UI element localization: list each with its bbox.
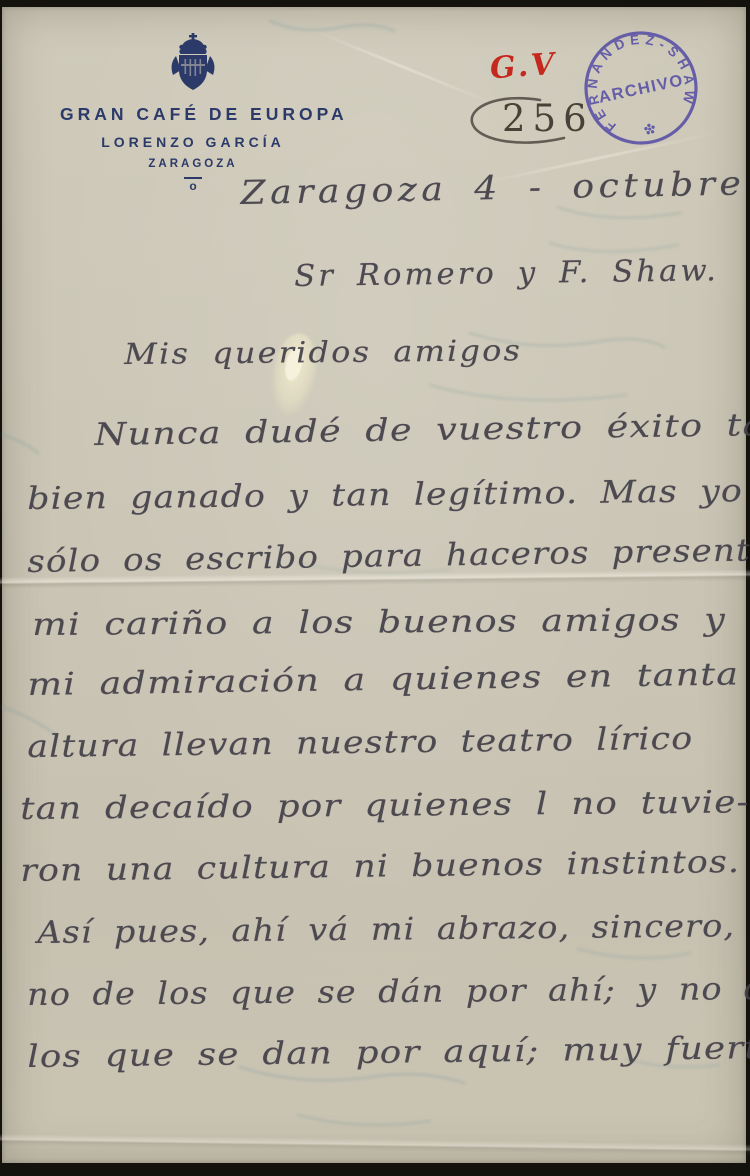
letter-paper: GRAN CAFÉ DE EUROPA LORENZO GARCÍA ZARAG… [2, 7, 746, 1163]
classification-mark-red: G.V [489, 47, 559, 87]
stamp-flower-icon [643, 123, 656, 135]
handwriting-line: no de los que se dán por ahí; y no de [27, 971, 750, 1013]
handwriting-addressee: Sr Romero y F. Shaw. [294, 253, 719, 294]
letterhead-business-name: GRAN CAFÉ DE EUROPA [60, 104, 326, 125]
letterhead-ornament: o [184, 177, 202, 192]
archive-stamp: FERNANDEZ-SHAW ARCHIVO [566, 13, 715, 162]
handwriting-salutation: Mis queridos amigos [124, 333, 522, 371]
royal-crest-icon [167, 33, 219, 95]
letterhead-proprietor: LORENZO GARCÍA [60, 134, 326, 150]
letterhead: GRAN CAFÉ DE EUROPA LORENZO GARCÍA ZARAG… [60, 33, 326, 192]
handwriting-line: tan decaído por quienes l no tuvie- [20, 784, 750, 827]
stamp-center-text: ARCHIVO [597, 71, 685, 107]
handwriting-line: mi cariño a los buenos amigos y [32, 602, 726, 643]
handwriting-line: Así pues, ahí vá mi abrazo, sincero, [37, 908, 735, 951]
letterhead-city: ZARAGOZA [60, 158, 326, 170]
scanned-letter-page: GRAN CAFÉ DE EUROPA LORENZO GARCÍA ZARAG… [0, 0, 750, 1176]
